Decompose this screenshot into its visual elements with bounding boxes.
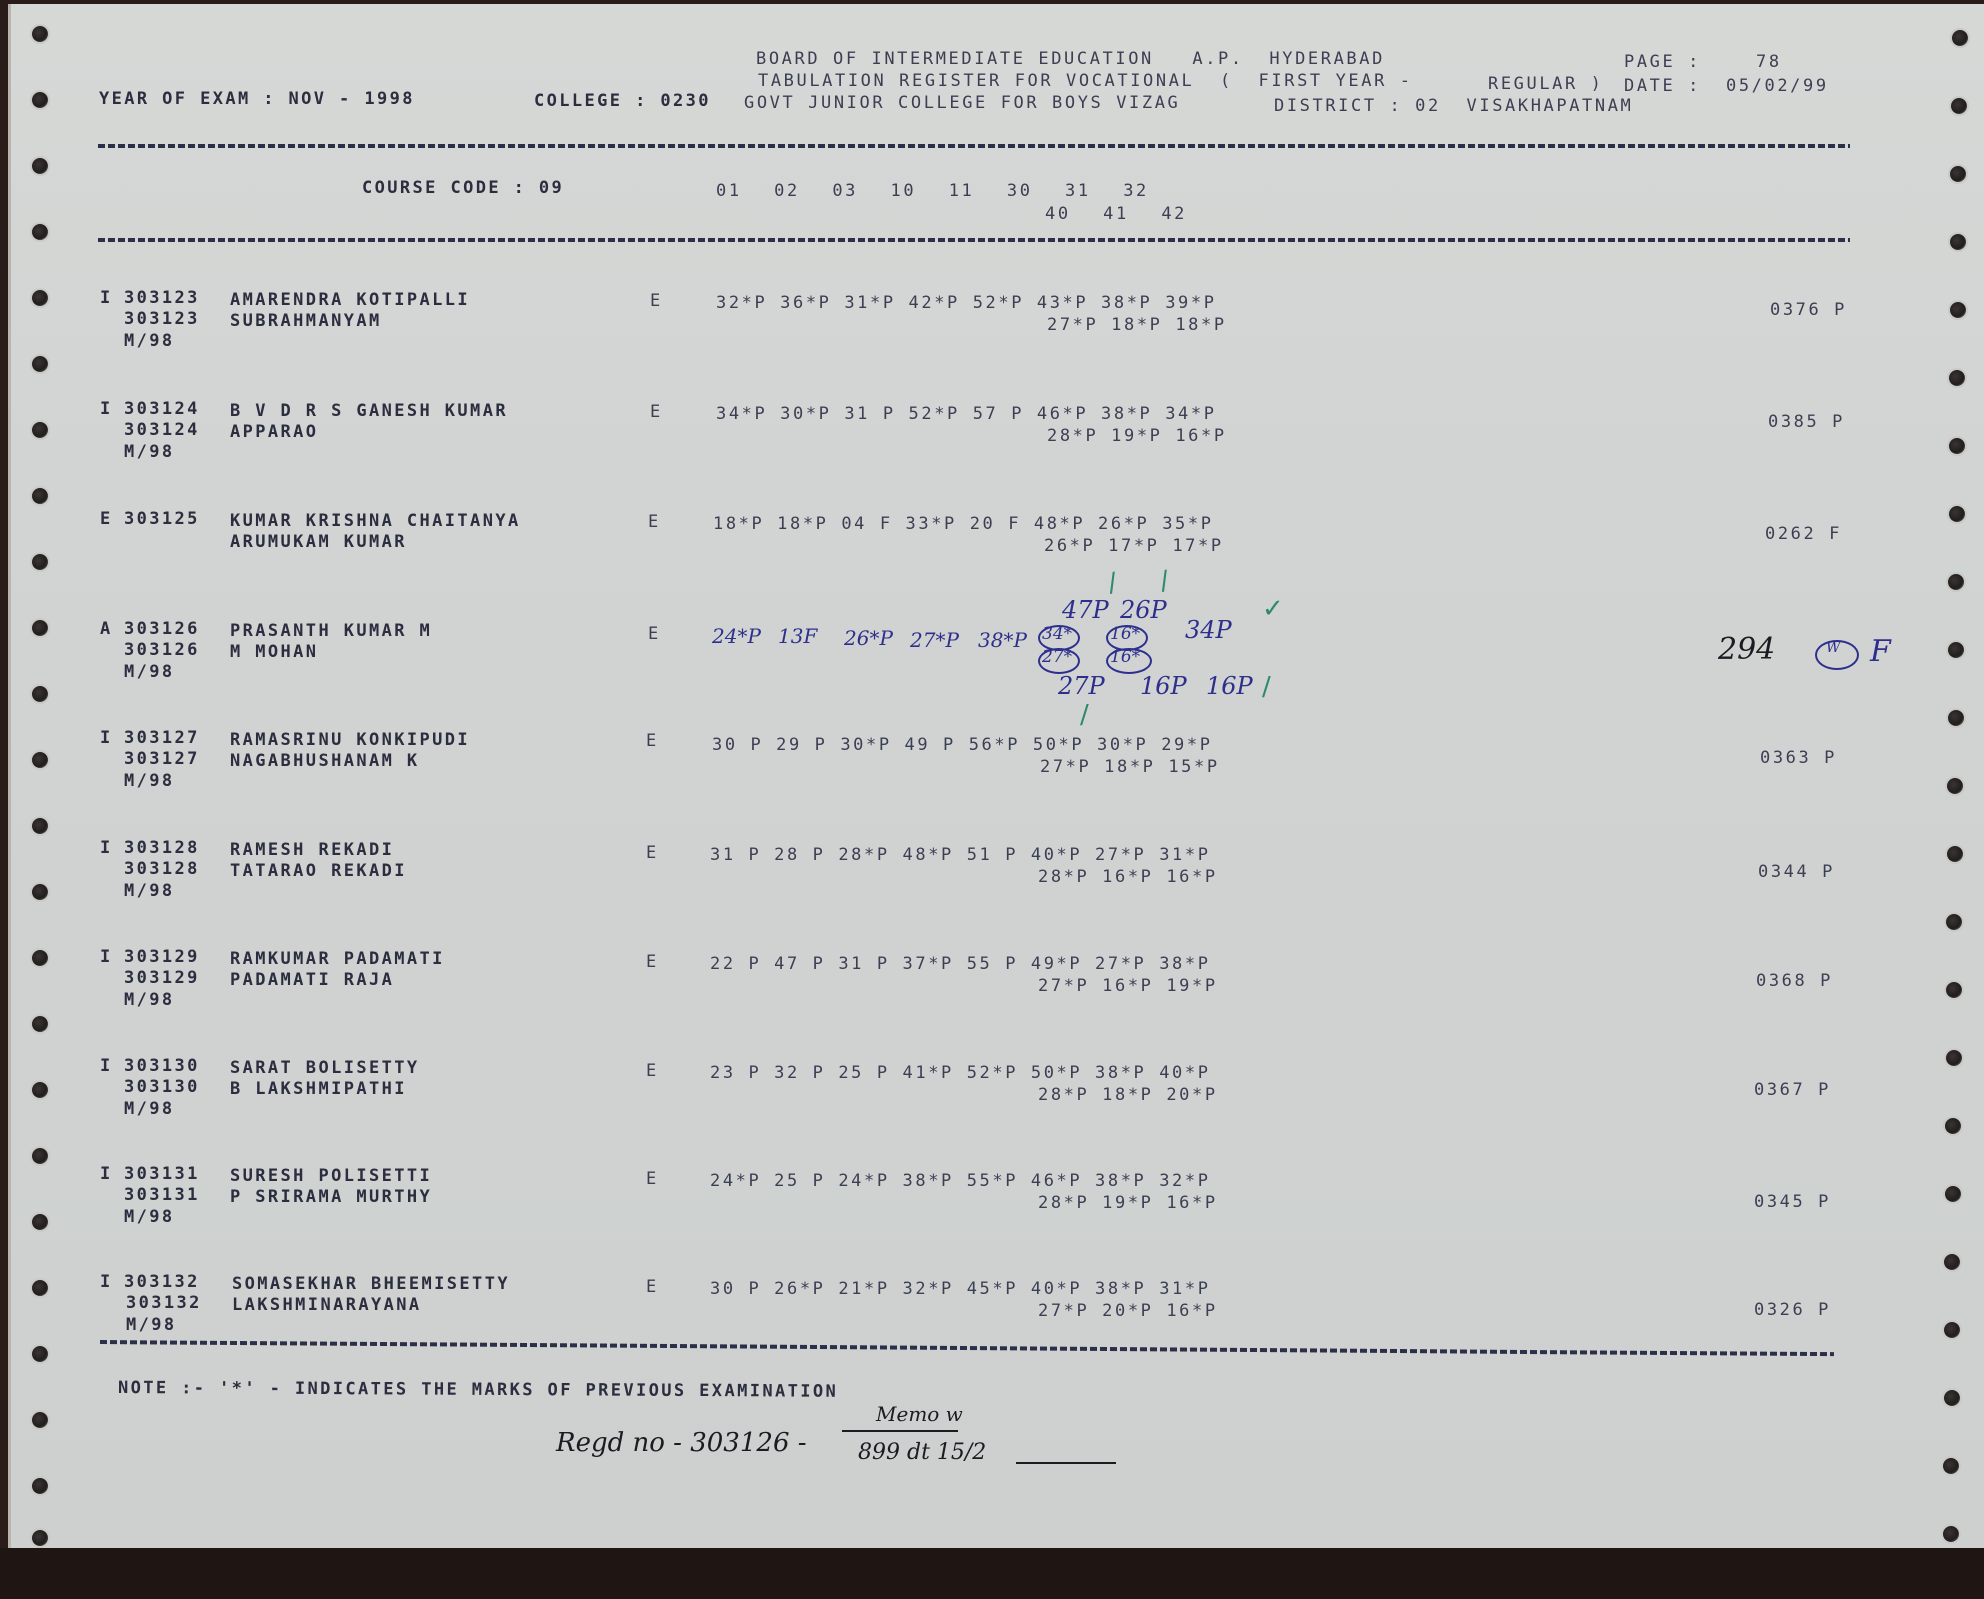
reg-number-repeat: 303127 (124, 749, 200, 769)
marks-line-1: 32*P 36*P 31*P 42*P 52*P 43*P 38*P 39*P (716, 293, 1217, 313)
status-flag: A (100, 619, 113, 639)
father-name: PADAMATI RAJA (230, 970, 394, 990)
punch-hole-icon (1947, 778, 1963, 794)
medium: E (646, 1169, 659, 1189)
hw-revised-mark: 34P (1185, 616, 1232, 644)
student-name: AMARENDRA KOTIPALLI (230, 290, 470, 310)
marks-line-2: 28*P 19*P 16*P (1047, 426, 1227, 446)
punch-hole-icon (32, 422, 48, 438)
check-mark-icon: / (1080, 700, 1089, 730)
hw-revised-mark: 26P (1120, 596, 1167, 624)
punch-hole-icon (32, 884, 48, 900)
medium: E (646, 731, 659, 751)
punch-hole-icon (1947, 846, 1963, 862)
marks-line-2: 27*P 20*P 16*P (1038, 1301, 1218, 1321)
punch-hole-icon (1949, 370, 1965, 386)
exam-month: M/98 (124, 881, 175, 901)
punch-hole-icon (32, 1082, 48, 1098)
status-flag: I (100, 947, 113, 967)
hw-regno-annotation: Regd no - 303126 - (556, 1428, 807, 1458)
punch-hole-icon (32, 1346, 48, 1362)
punch-hole-icon (32, 290, 48, 306)
exam-month: M/98 (124, 1207, 175, 1227)
medium: E (648, 512, 661, 532)
medium: E (646, 952, 659, 972)
college-code: COLLEGE : 0230 (534, 91, 711, 111)
punch-hole-icon (32, 620, 48, 636)
hw-mark: 24*P (712, 624, 761, 648)
status-flag: I (100, 1272, 113, 1292)
punch-hole-icon (32, 158, 48, 174)
medium: E (650, 402, 663, 422)
punch-hole-icon (32, 224, 48, 240)
punch-hole-icon (1943, 1526, 1959, 1542)
status-flag: I (100, 1056, 113, 1076)
marks-line-1: 30 P 26*P 21*P 32*P 45*P 40*P 38*P 31*P (710, 1279, 1211, 1299)
reg-number-repeat: 303130 (124, 1077, 200, 1097)
hw-mark: 38*P (978, 628, 1027, 652)
reg-number: 303124 (124, 399, 200, 419)
marks-line-1: 31 P 28 P 28*P 48*P 51 P 40*P 27*P 31*P (710, 845, 1211, 865)
check-mark-icon: / (1262, 672, 1271, 702)
punch-hole-icon (32, 752, 48, 768)
status-flag: I (100, 838, 113, 858)
punch-hole-icon (1945, 1118, 1961, 1134)
marks-line-2: 26*P 17*P 17*P (1044, 536, 1224, 556)
punch-hole-icon (32, 1214, 48, 1230)
punch-hole-icon (32, 1016, 48, 1032)
punch-hole-icon (32, 1530, 48, 1546)
marks-line-2: 28*P 18*P 20*P (1038, 1085, 1218, 1105)
hw-circled-mark: 34* (1042, 624, 1072, 644)
punch-hole-icon (32, 26, 48, 42)
reg-number: 303131 (124, 1164, 200, 1184)
punch-hole-icon (32, 356, 48, 372)
hw-result: F (1870, 634, 1891, 669)
district: DISTRICT : 02 VISAKHAPATNAM (1274, 96, 1633, 116)
hw-memo-annotation: Memo w (876, 1402, 963, 1426)
status-flag: I (100, 399, 113, 419)
father-name: TATARAO REKADI (230, 861, 407, 881)
hw-date-annotation: 899 dt 15/2 (858, 1440, 986, 1465)
punch-hole-icon (1944, 1322, 1960, 1338)
status-flag: I (100, 288, 113, 308)
punch-hole-icon (1948, 710, 1964, 726)
marks-line-2: 27*P 16*P 19*P (1038, 976, 1218, 996)
punch-hole-icon (32, 1412, 48, 1428)
print-date: 05/02/99 (1726, 76, 1829, 96)
total-result: 0368 P (1756, 971, 1833, 991)
course-code: COURSE CODE : 09 (362, 178, 564, 198)
background-surface (0, 1548, 1984, 1599)
punch-hole-icon (32, 818, 48, 834)
father-name: NAGABHUSHANAM K (230, 751, 420, 771)
punch-hole-icon (1945, 1186, 1961, 1202)
punch-hole-icon (1943, 1458, 1959, 1474)
punch-hole-icon (1946, 914, 1962, 930)
punch-hole-icon (1946, 1050, 1962, 1066)
punch-hole-icon (1950, 234, 1966, 250)
total-result: 0367 P (1754, 1080, 1831, 1100)
punch-hole-icon (32, 488, 48, 504)
total-result: 0326 P (1754, 1300, 1831, 1320)
marks-line-1: 18*P 18*P 04 F 33*P 20 F 48*P 26*P 35*P (713, 514, 1214, 534)
exam-month: M/98 (124, 771, 175, 791)
column-separator (98, 238, 1850, 242)
marks-line-2: 27*P 18*P 15*P (1040, 757, 1220, 777)
father-name: B LAKSHMIPATHI (230, 1079, 407, 1099)
exam-month: M/98 (124, 662, 175, 682)
medium: E (650, 291, 663, 311)
register-title: TABULATION REGISTER FOR VOCATIONAL ( FIR… (758, 71, 1413, 91)
reg-number: 303123 (124, 288, 200, 308)
page-label: PAGE : (1624, 52, 1701, 72)
father-name: ARUMUKAM KUMAR (230, 532, 407, 552)
reg-number: 303132 (124, 1272, 200, 1292)
punch-hole-icon (1946, 982, 1962, 998)
year-of-exam: YEAR OF EXAM : NOV - 1998 (99, 89, 415, 109)
reg-number: 303128 (124, 838, 200, 858)
hw-revised-mark: 47P (1062, 596, 1109, 624)
exam-month: M/98 (124, 442, 175, 462)
hw-total: 294 (1718, 632, 1775, 667)
punch-hole-icon (1944, 1390, 1960, 1406)
college-name: GOVT JUNIOR COLLEGE FOR BOYS VIZAG (744, 93, 1180, 113)
exam-month: M/98 (126, 1315, 177, 1335)
father-name: APPARAO (230, 422, 318, 442)
punch-hole-icon (1950, 302, 1966, 318)
hw-mark: 26*P (844, 626, 893, 650)
exam-month: M/98 (124, 331, 175, 351)
marks-line-1: 23 P 32 P 25 P 41*P 52*P 50*P 38*P 40*P (710, 1063, 1211, 1083)
punch-hole-icon (1950, 166, 1966, 182)
reg-number-repeat: 303132 (126, 1293, 202, 1313)
marks-line-2: 28*P 16*P 16*P (1038, 867, 1218, 887)
hw-withheld: W (1826, 640, 1840, 656)
reg-number-repeat: 303131 (124, 1185, 200, 1205)
total-result: 0262 F (1765, 524, 1842, 544)
total-result: 0363 P (1760, 748, 1837, 768)
footnote: NOTE :- '*' - INDICATES THE MARKS OF PRE… (118, 1378, 838, 1402)
hw-circled-mark: 27* (1042, 647, 1072, 667)
marks-line-1: 30 P 29 P 30*P 49 P 56*P 50*P 30*P 29*P (712, 735, 1213, 755)
punch-hole-icon (1949, 438, 1965, 454)
student-name: RAMESH REKADI (230, 840, 394, 860)
student-name: PRASANTH KUMAR M (230, 621, 432, 641)
marks-line-1: 34*P 30*P 31 P 52*P 57 P 46*P 38*P 34*P (716, 404, 1217, 424)
punch-hole-icon (32, 1148, 48, 1164)
punch-hole-icon (32, 1478, 48, 1494)
medium: E (646, 843, 659, 863)
underline (1016, 1462, 1116, 1464)
reg-number: 303126 (124, 619, 200, 639)
hw-revised-mark: 16P (1140, 672, 1187, 700)
reg-number: 303129 (124, 947, 200, 967)
punch-hole-icon (1944, 1254, 1960, 1270)
header-separator (98, 144, 1850, 148)
father-name: P SRIRAMA MURTHY (230, 1187, 432, 1207)
date-label: DATE : (1624, 76, 1701, 96)
marks-line-2: 28*P 19*P 16*P (1038, 1193, 1218, 1213)
punch-hole-icon (32, 92, 48, 108)
reg-number-repeat: 303129 (124, 968, 200, 988)
punch-hole-icon (32, 950, 48, 966)
reg-number-repeat: 303124 (124, 420, 200, 440)
total-result: 0345 P (1754, 1192, 1831, 1212)
student-name: SARAT BOLISETTY (230, 1058, 420, 1078)
subject-codes-row1: 01 02 03 10 11 30 31 32 (716, 181, 1149, 201)
reg-number: 303127 (124, 728, 200, 748)
reg-number-repeat: 303123 (124, 309, 200, 329)
fraction-line (842, 1430, 958, 1432)
exam-month: M/98 (124, 1099, 175, 1119)
page-number: 78 (1756, 52, 1782, 72)
hw-mark: 27*P (910, 628, 959, 652)
reg-number: 303125 (124, 509, 200, 529)
punch-hole-icon (1948, 642, 1964, 658)
father-name: M MOHAN (230, 642, 318, 662)
status-flag: I (100, 728, 113, 748)
exam-month: M/98 (124, 990, 175, 1010)
medium: E (648, 624, 661, 644)
subject-codes-row2: 40 41 42 (1045, 204, 1187, 224)
status-flag: I (100, 1164, 113, 1184)
total-result: 0385 P (1768, 412, 1845, 432)
medium: E (646, 1061, 659, 1081)
hw-revised-mark: 16P (1206, 672, 1253, 700)
check-mark-icon: ✓ (1262, 594, 1284, 624)
father-name: LAKSHMINARAYANA (232, 1295, 422, 1315)
board-title: BOARD OF INTERMEDIATE EDUCATION A.P. HYD… (756, 49, 1385, 69)
punch-hole-icon (1949, 506, 1965, 522)
student-name: RAMASRINU KONKIPUDI (230, 730, 470, 750)
punch-hole-icon (32, 686, 48, 702)
student-name: KUMAR KRISHNA CHAITANYA (230, 511, 521, 531)
hw-circled-mark: 16* (1110, 647, 1140, 667)
hw-circled-mark: 16* (1110, 624, 1140, 644)
exam-type: REGULAR ) (1488, 74, 1604, 94)
student-name: B V D R S GANESH KUMAR (230, 401, 508, 421)
total-result: 0344 P (1758, 862, 1835, 882)
punch-hole-icon (1952, 30, 1968, 46)
student-name: SURESH POLISETTI (230, 1166, 432, 1186)
punch-hole-icon (1948, 574, 1964, 590)
punch-hole-icon (32, 554, 48, 570)
total-result: 0376 P (1770, 300, 1847, 320)
marks-line-1: 22 P 47 P 31 P 37*P 55 P 49*P 27*P 38*P (710, 954, 1211, 974)
student-name: RAMKUMAR PADAMATI (230, 949, 445, 969)
father-name: SUBRAHMANYAM (230, 311, 382, 331)
status-flag: E (100, 509, 113, 529)
hw-revised-mark: 27P (1058, 672, 1105, 700)
reg-number-repeat: 303126 (124, 640, 200, 660)
reg-number-repeat: 303128 (124, 859, 200, 879)
marks-line-2: 27*P 18*P 18*P (1047, 315, 1227, 335)
medium: E (646, 1277, 659, 1297)
hw-mark: 13F (778, 624, 817, 648)
reg-number: 303130 (124, 1056, 200, 1076)
punch-hole-icon (32, 1280, 48, 1296)
marks-line-1: 24*P 25 P 24*P 38*P 55*P 46*P 38*P 32*P (710, 1171, 1211, 1191)
student-name: SOMASEKHAR BHEEMISETTY (232, 1274, 510, 1294)
punch-hole-icon (1951, 98, 1967, 114)
